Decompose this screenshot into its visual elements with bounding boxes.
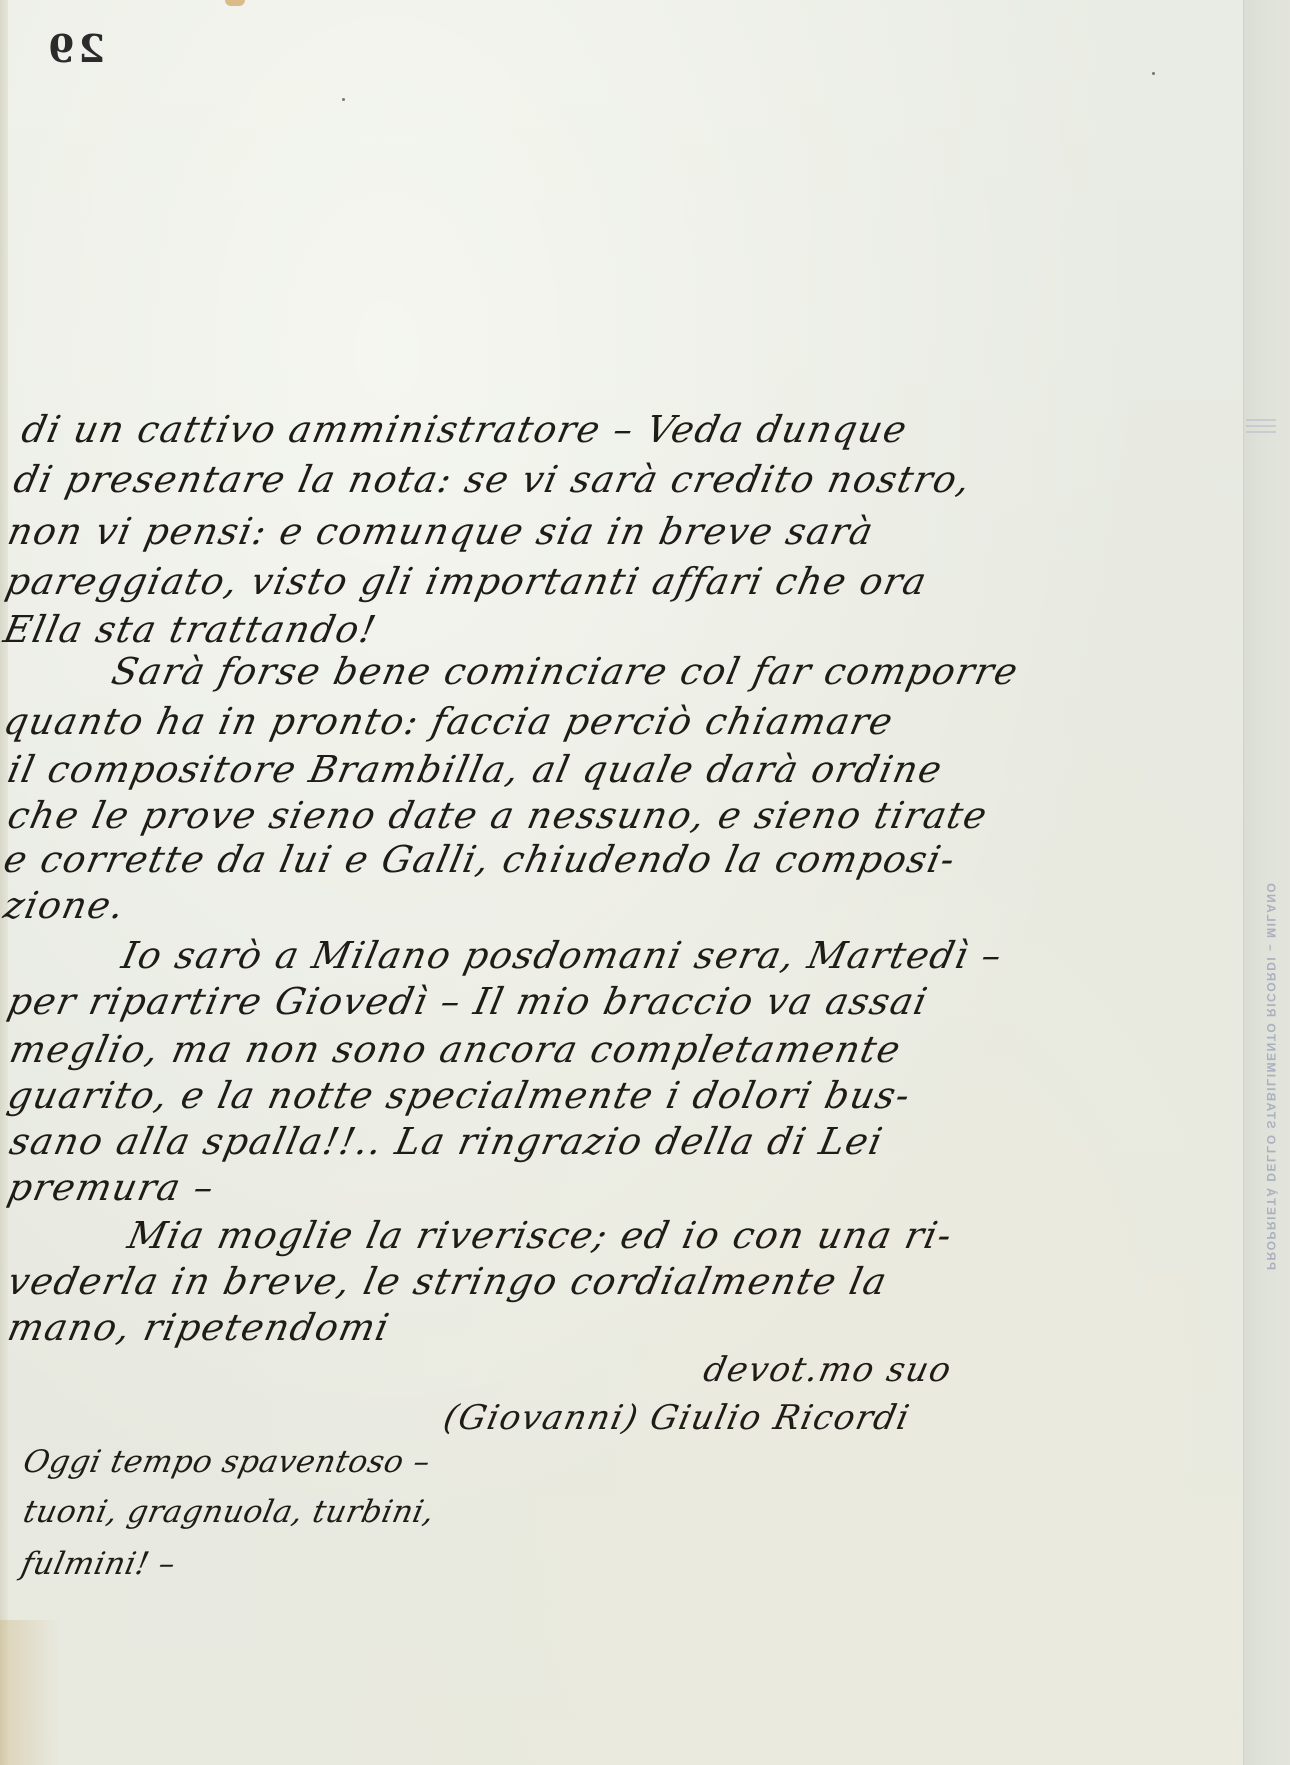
letter-page: PROPRIETÀ DELLO STABILIMENTO RICORDI – M… — [0, 0, 1290, 1765]
letter-line: vederla in breve, le stringo cordialment… — [4, 1260, 892, 1303]
postscript-line: Oggi tempo spaventoso – — [20, 1444, 434, 1480]
letter-line: zione. — [0, 884, 129, 927]
letter-line: di presentare la nota: se vi sarà credit… — [10, 458, 975, 501]
letter-line: il compositore Brambilla, al quale darà … — [4, 748, 947, 791]
letter-line: e corrette da lui e Galli, chiudendo la … — [0, 838, 960, 881]
letter-line: meglio, ma non sono ancora completamente — [6, 1028, 905, 1071]
letter-line: Mia moglie la riverisce; ed io con una r… — [124, 1214, 957, 1257]
paper-speck — [1152, 72, 1155, 75]
letter-line: per ripartire Giovedì – Il mio braccio v… — [4, 980, 932, 1023]
letter-line: sano alla spalla!!.. La ringrazio della … — [6, 1120, 887, 1163]
letter-line: Sarà forse bene cominciare col far compo… — [108, 650, 1023, 693]
foxing-stain — [0, 1620, 60, 1765]
foxing-stain-top — [225, 0, 245, 6]
valediction: devot.mo suo — [700, 1350, 956, 1390]
signature: (Giovanni) Giulio Ricordi — [440, 1398, 914, 1438]
folio-number: 29 — [44, 26, 105, 71]
letter-line: di un cattivo amministratore – Veda dunq… — [18, 408, 912, 451]
letter-line: mano, ripetendomi — [4, 1306, 394, 1349]
archive-stamp: PROPRIETÀ DELLO STABILIMENTO RICORDI – M… — [1258, 750, 1278, 1270]
letter-line: Io sarò a Milano posdomani sera, Martedì… — [118, 934, 1007, 977]
letter-line: che le prove sieno date a nessuno, e sie… — [4, 794, 992, 837]
letter-line: guarito, e la notte specialmente i dolor… — [4, 1074, 915, 1117]
letter-line: Ella sta trattando! — [0, 608, 381, 651]
postscript-line: tuoni, gragnuola, turbini, — [20, 1494, 438, 1530]
binding-marks — [1246, 415, 1276, 445]
letter-line: non vi pensi: e comunque sia in breve sa… — [4, 510, 878, 553]
letter-line: quanto ha in pronto: faccia perciò chiam… — [0, 700, 898, 743]
paper-speck — [342, 98, 345, 101]
letter-line: premura – — [4, 1166, 219, 1209]
page-left-edge — [0, 0, 8, 1765]
letter-line: pareggiato, visto gli importanti affari … — [2, 560, 931, 603]
postscript-line: fulmini! – — [18, 1546, 179, 1582]
